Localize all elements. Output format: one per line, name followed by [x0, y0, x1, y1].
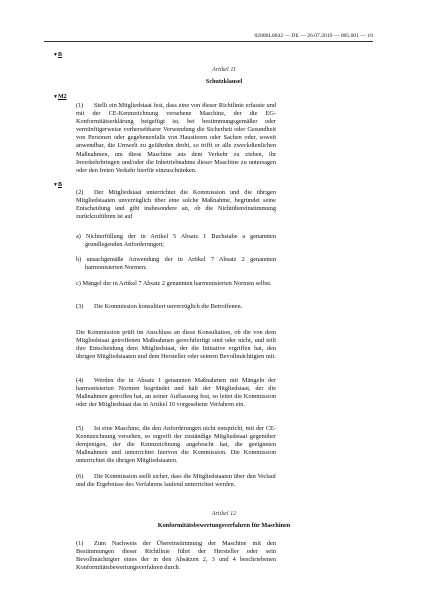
article-12-subtitle: Konformitätsbewertungsverfahren für Masc… — [76, 522, 372, 529]
paragraph-number: (2) — [76, 189, 94, 197]
item-label: a) — [76, 233, 81, 240]
marker-code[interactable]: M2 — [58, 94, 67, 100]
amendment-marker-b: ▼B — [53, 182, 62, 188]
article-12-paragraph-1: (1)Zum Nachweis der Übereinstimmung der … — [76, 540, 276, 572]
paragraph-number: (1) — [76, 102, 94, 110]
item-text: Mängel der in Artikel 7 Absatz 2 genannt… — [82, 280, 271, 287]
item-text: Nichterfüllung der in Artikel 5 Absatz 1… — [85, 233, 276, 248]
paragraph-text: Ist eine Maschine, die den Anforderungen… — [76, 425, 276, 464]
paragraph-text: Die Kommission stellt sicher, dass die M… — [76, 473, 276, 488]
list-item-c: c) Mängel der in Artikel 7 Absatz 2 gena… — [76, 280, 276, 288]
page-header: 02006L0042 — DE — 26.07.2019 — 005.001 —… — [44, 32, 373, 42]
item-label: b) — [76, 256, 81, 263]
list-item-a: a) Nichterfüllung der in Artikel 5 Absat… — [76, 233, 276, 249]
paragraph-1: (1)Stellt ein Mitgliedstaat fest, dass e… — [76, 102, 276, 175]
item-text: unsachgemäße Anwendung der in Artikel 7 … — [85, 256, 276, 271]
paragraph-3: (3)Die Kommission konsultiert unverzügli… — [76, 303, 276, 311]
paragraph-number: (3) — [76, 303, 94, 311]
paragraph-4: (4)Werden die in Absatz 1 genannten Maßn… — [76, 377, 276, 409]
marker-code[interactable]: B — [58, 182, 62, 188]
paragraph-text: Der Mitgliedstaat unterrichtet die Kommi… — [76, 189, 276, 220]
paragraph-text: Die Kommission konsultiert unverzüglich … — [94, 303, 242, 310]
paragraph-text: Werden die in Absatz 1 genannten Maßnahm… — [76, 377, 276, 408]
paragraph-2: (2)Der Mitgliedstaat unterrichtet die Ko… — [76, 189, 276, 221]
paragraph-number: (1) — [76, 540, 94, 548]
article-11-subtitle: Schutzklausel — [76, 78, 372, 85]
article-11-title: Artikel 11 — [76, 66, 372, 73]
amendment-marker-b: ▼B — [53, 52, 62, 58]
list-item-b: b) unsachgemäße Anwendung der in Artikel… — [76, 256, 276, 272]
paragraph-number: (5) — [76, 425, 94, 433]
paragraph-3-continued: Die Kommission prüft im Anschluss an die… — [76, 329, 276, 361]
document-reference: 02006L0042 — DE — 26.07.2019 — 005.001 —… — [254, 33, 373, 39]
paragraph-6: (6)Die Kommission stellt sicher, dass di… — [76, 473, 276, 489]
article-12-title: Artikel 12 — [76, 510, 372, 517]
paragraph-number: (6) — [76, 473, 94, 481]
paragraph-5: (5)Ist eine Maschine, die den Anforderun… — [76, 425, 276, 465]
item-label: c) — [76, 280, 81, 287]
paragraph-text: Stellt ein Mitgliedstaat fest, dass eine… — [76, 102, 276, 174]
paragraph-text: Zum Nachweis der Übereinstimmung der Mas… — [76, 540, 276, 571]
amendment-marker-m2: ▼M2 — [53, 94, 67, 100]
paragraph-number: (4) — [76, 377, 94, 385]
marker-code[interactable]: B — [58, 52, 62, 58]
paragraph-text: Die Kommission prüft im Anschluss an die… — [76, 329, 276, 360]
